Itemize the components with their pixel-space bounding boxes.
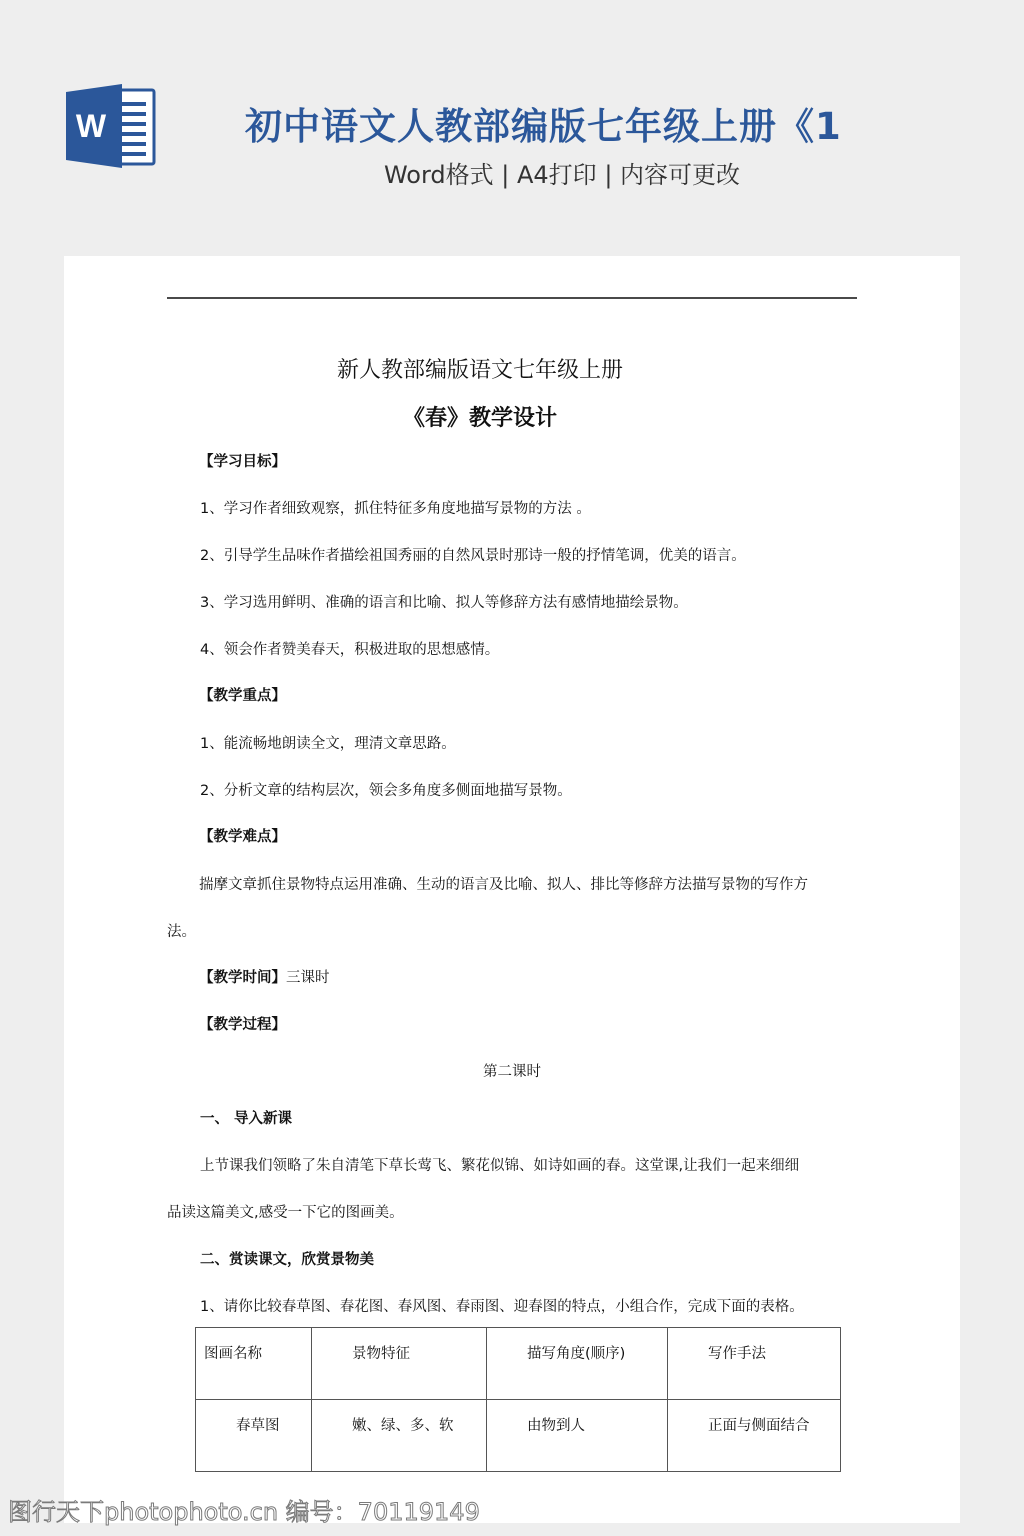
document-title: 新人教部编版语文七年级上册	[0, 353, 960, 384]
teaching-time-heading: 【教学时间】	[199, 970, 286, 986]
key-point-item: 1、能流畅地朗读全文，理清文章思路。	[200, 732, 456, 753]
watermark: 图行天下photophoto.cn 编号：70119149	[8, 1492, 480, 1527]
table-header-cell: 图画名称	[196, 1328, 312, 1400]
teaching-time: 【教学时间】三课时	[199, 966, 330, 987]
key-points-heading: 【教学重点】	[199, 684, 286, 705]
part1-text-line1: 上节课我们领略了朱自清笔下草长莺飞、繁花似锦、如诗如画的春。这堂课,让我们一起来…	[200, 1154, 799, 1175]
comparison-table: 图画名称 景物特征 描写角度(顺序) 写作手法 春草图 嫩、绿、多、软 由物到人…	[195, 1327, 841, 1472]
objectives-heading: 【学习目标】	[199, 450, 286, 471]
header-rule	[167, 297, 857, 299]
banner-subtitle: Word格式 | A4打印 | 内容可更改	[0, 155, 1024, 190]
table-header-cell: 景物特征	[312, 1328, 487, 1400]
banner-title: 初中语文人教部编版七年级上册《1	[245, 96, 1005, 150]
part2-task: 1、请你比较春草图、春花图、春风图、春雨图、迎春图的特点，小组合作，完成下面的表…	[200, 1295, 804, 1316]
objective-item: 1、学习作者细致观察，抓住特征多角度地描写景物的方法 。	[200, 497, 591, 518]
process-heading: 【教学过程】	[199, 1013, 286, 1034]
table-row: 春草图 嫩、绿、多、软 由物到人 正面与侧面结合	[196, 1400, 841, 1472]
objective-item: 2、引导学生品味作者描绘祖国秀丽的自然风景时那诗一般的抒情笔调，优美的语言。	[200, 544, 746, 565]
banner: W 初中语文人教部编版七年级上册《1 Word格式 | A4打印 | 内容可更改	[0, 0, 1024, 256]
table-cell: 嫩、绿、多、软	[312, 1400, 487, 1472]
lesson-label: 第二课时	[483, 1060, 541, 1081]
difficulties-text-line2: 法。	[167, 920, 196, 941]
document-subtitle: 《春》教学设计	[0, 401, 960, 432]
difficulties-text-line1: 揣摩文章抓住景物特点运用准确、生动的语言及比喻、拟人、排比等修辞方法描写景物的写…	[199, 873, 808, 894]
table-cell: 正面与侧面结合	[668, 1400, 841, 1472]
key-point-item: 2、分析文章的结构层次，领会多角度多侧面地描写景物。	[200, 779, 572, 800]
difficulties-heading: 【教学难点】	[199, 825, 286, 846]
objective-item: 3、学习选用鲜明、准确的语言和比喻、拟人等修辞方法有感情地描绘景物。	[200, 591, 688, 612]
table-cell: 春草图	[196, 1400, 312, 1472]
document-page: 新人教部编版语文七年级上册 《春》教学设计 【学习目标】 1、学习作者细致观察，…	[64, 256, 960, 1523]
table-cell: 由物到人	[487, 1400, 668, 1472]
table-header-cell: 描写角度(顺序)	[487, 1328, 668, 1400]
table-header-row: 图画名称 景物特征 描写角度(顺序) 写作手法	[196, 1328, 841, 1400]
part1-text-line2: 品读这篇美文,感受一下它的图画美。	[167, 1201, 404, 1222]
svg-text:W: W	[76, 108, 107, 144]
table-header-cell: 写作手法	[668, 1328, 841, 1400]
teaching-time-value: 三课时	[286, 970, 330, 986]
part1-heading: 一、 导入新课	[200, 1107, 292, 1128]
part2-heading: 二、赏读课文，欣赏景物美	[200, 1248, 374, 1269]
objective-item: 4、领会作者赞美春天，积极进取的思想感情。	[200, 638, 499, 659]
